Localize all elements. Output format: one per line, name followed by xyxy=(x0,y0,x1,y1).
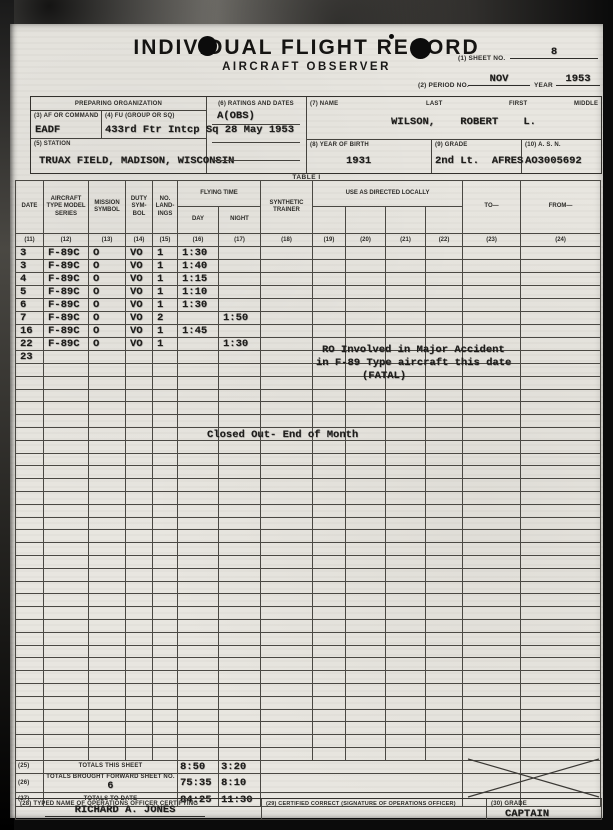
cell-u19 xyxy=(313,581,346,594)
cell-night xyxy=(219,376,261,389)
cell-aircraft: F-89C xyxy=(44,299,89,312)
cell-u21 xyxy=(386,312,426,325)
cell-u20 xyxy=(346,299,386,312)
cell-landings xyxy=(153,376,178,389)
cell-u20 xyxy=(346,722,386,735)
cell-duty xyxy=(126,709,153,722)
cell-u20 xyxy=(346,683,386,696)
cell-mission xyxy=(89,504,126,517)
cell-u21 xyxy=(386,517,426,530)
cell-u20 xyxy=(346,568,386,581)
cell-u19 xyxy=(313,619,346,632)
cell-u21 xyxy=(386,286,426,299)
cell-day xyxy=(178,568,219,581)
cell-synthetic xyxy=(261,312,313,325)
cell-u20 xyxy=(346,696,386,709)
cell-aircraft xyxy=(44,427,89,440)
cell-u21 xyxy=(386,299,426,312)
cell-synthetic xyxy=(261,364,313,377)
cell-mission: O xyxy=(89,260,126,273)
period-label: (2) PERIOD NO. xyxy=(418,82,469,89)
cell-day xyxy=(178,594,219,607)
cell-landings xyxy=(153,530,178,543)
ratings-value: A(OBS) xyxy=(217,110,255,122)
cell-u19 xyxy=(313,402,346,415)
cell-landings xyxy=(153,709,178,722)
cell-u21 xyxy=(386,568,426,581)
table-row xyxy=(16,364,601,377)
cell-synthetic xyxy=(261,376,313,389)
cell-to xyxy=(463,581,521,594)
cell-u19 xyxy=(313,260,346,273)
cell-duty: VO xyxy=(126,299,153,312)
cell-u20 xyxy=(346,504,386,517)
cell-duty xyxy=(126,581,153,594)
table-row xyxy=(16,389,601,402)
cell-u20 xyxy=(346,709,386,722)
cell-u22 xyxy=(426,581,463,594)
cell-mission xyxy=(89,645,126,658)
cell-landings: 1 xyxy=(153,325,178,338)
cell-day xyxy=(178,389,219,402)
cell-u22 xyxy=(426,607,463,620)
cell-night xyxy=(219,683,261,696)
cell-duty: VO xyxy=(126,247,153,260)
cell-night xyxy=(219,568,261,581)
cell-landings xyxy=(153,389,178,402)
cell-u22 xyxy=(426,619,463,632)
cell-from xyxy=(521,389,601,402)
column-number: (22) xyxy=(426,234,463,247)
cell-day xyxy=(178,581,219,594)
table-row xyxy=(16,491,601,504)
cell-u20 xyxy=(346,260,386,273)
cell-aircraft xyxy=(44,466,89,479)
cell-u19 xyxy=(313,247,346,260)
cell-u22 xyxy=(426,427,463,440)
cell-mission xyxy=(89,389,126,402)
cell-from xyxy=(521,632,601,645)
table-row xyxy=(16,402,601,415)
cell-synthetic xyxy=(261,607,313,620)
cell-duty xyxy=(126,568,153,581)
cell-u20 xyxy=(346,491,386,504)
col-header-use-local: USE AS DIRECTED LOCALLY xyxy=(313,181,463,207)
cell-u22 xyxy=(426,594,463,607)
cell-synthetic xyxy=(261,504,313,517)
cell-from xyxy=(521,722,601,735)
cell-u21 xyxy=(386,325,426,338)
cell-landings xyxy=(153,645,178,658)
year-value: 1953 xyxy=(556,73,600,86)
birth-value: 1931 xyxy=(346,155,371,167)
cell-from xyxy=(521,299,601,312)
cell-u19 xyxy=(313,568,346,581)
cell-u20 xyxy=(346,415,386,428)
cell-u20 xyxy=(346,312,386,325)
cell-u22 xyxy=(426,312,463,325)
cell-mission xyxy=(89,402,126,415)
cell-mission xyxy=(89,415,126,428)
cell-u22 xyxy=(426,722,463,735)
cell-synthetic xyxy=(261,440,313,453)
cell-mission xyxy=(89,683,126,696)
cell-synthetic xyxy=(261,299,313,312)
cell-u21 xyxy=(386,530,426,543)
cell-to xyxy=(463,709,521,722)
cell-day xyxy=(178,555,219,568)
cell-synthetic xyxy=(261,735,313,748)
cell-aircraft xyxy=(44,402,89,415)
cell-day xyxy=(178,376,219,389)
cell-u22 xyxy=(426,504,463,517)
cell-duty xyxy=(126,735,153,748)
cell-u21 xyxy=(386,696,426,709)
cell-date xyxy=(16,696,44,709)
column-number: (12) xyxy=(44,234,89,247)
table-row xyxy=(16,466,601,479)
cell-landings: 1 xyxy=(153,260,178,273)
cell-u20 xyxy=(346,619,386,632)
cell-date xyxy=(16,530,44,543)
accident-note-line2: in F-89 Type aircraft this date xyxy=(316,357,511,370)
cell-aircraft xyxy=(44,747,89,760)
cell-from xyxy=(521,683,601,696)
cell-night xyxy=(219,273,261,286)
cell-u20 xyxy=(346,530,386,543)
cell-landings xyxy=(153,427,178,440)
cell-synthetic xyxy=(261,696,313,709)
cell-synthetic xyxy=(261,453,313,466)
cell-date xyxy=(16,504,44,517)
cell-duty xyxy=(126,658,153,671)
cell-date xyxy=(16,594,44,607)
cell-to xyxy=(463,504,521,517)
col-header-mission: MISSION SYMBOL xyxy=(89,181,126,234)
cert-label: (29) CERTIFIED CORRECT (SIGNATURE OF OPE… xyxy=(266,801,456,807)
cell-day: 1:45 xyxy=(178,325,219,338)
cell-u20 xyxy=(346,671,386,684)
cell-from xyxy=(521,581,601,594)
cell-u19 xyxy=(313,453,346,466)
name-label: (7) NAME xyxy=(310,101,338,108)
cell-u19 xyxy=(313,555,346,568)
cell-duty xyxy=(126,722,153,735)
cell-aircraft xyxy=(44,619,89,632)
cell-date xyxy=(16,543,44,556)
cell-night xyxy=(219,671,261,684)
table-row: 22F-89COVO11:30 xyxy=(16,338,601,351)
cert-signature-cell: (29) CERTIFIED CORRECT (SIGNATURE OF OPE… xyxy=(261,799,487,819)
cell-to xyxy=(463,440,521,453)
cell-mission: O xyxy=(89,273,126,286)
cell-u19 xyxy=(313,466,346,479)
cell-landings xyxy=(153,491,178,504)
cell-day xyxy=(178,645,219,658)
cell-u19 xyxy=(313,658,346,671)
cell-u22 xyxy=(426,466,463,479)
cell-u21 xyxy=(386,247,426,260)
cell-night xyxy=(219,402,261,415)
cell-night xyxy=(219,351,261,364)
cell-landings xyxy=(153,504,178,517)
cell-date xyxy=(16,453,44,466)
table-row xyxy=(16,415,601,428)
cell-duty xyxy=(126,440,153,453)
cell-u19 xyxy=(313,376,346,389)
sheet-no-label: (1) SHEET NO. xyxy=(458,55,505,62)
group-value: 433rd Ftr Intcp Sq 28 May 1953 xyxy=(105,124,294,136)
cell-night xyxy=(219,581,261,594)
cell-day xyxy=(178,530,219,543)
cell-aircraft xyxy=(44,581,89,594)
cell-landings: 1 xyxy=(153,247,178,260)
cell-aircraft xyxy=(44,568,89,581)
cell-night xyxy=(219,453,261,466)
cell-date: 3 xyxy=(16,260,44,273)
cell-u21 xyxy=(386,260,426,273)
cell-date xyxy=(16,722,44,735)
cell-to xyxy=(463,286,521,299)
cell-date: 23 xyxy=(16,351,44,364)
cell-night xyxy=(219,364,261,377)
cell-synthetic xyxy=(261,389,313,402)
table-row xyxy=(16,568,601,581)
cell-day xyxy=(178,517,219,530)
cell-u21 xyxy=(386,632,426,645)
cell-night xyxy=(219,325,261,338)
cell-mission xyxy=(89,517,126,530)
cell-date: 22 xyxy=(16,338,44,351)
cell-u22 xyxy=(426,402,463,415)
cell-mission xyxy=(89,709,126,722)
cell-u20 xyxy=(346,632,386,645)
cell-landings xyxy=(153,632,178,645)
cell-u20 xyxy=(346,747,386,760)
cell-duty: VO xyxy=(126,325,153,338)
cell-date: 16 xyxy=(16,325,44,338)
col-header-to: TO— xyxy=(463,181,521,234)
table-row xyxy=(16,581,601,594)
cell-u21 xyxy=(386,415,426,428)
cell-aircraft xyxy=(44,671,89,684)
cell-u21 xyxy=(386,645,426,658)
x-strike-mark xyxy=(467,758,600,798)
cell-landings: 1 xyxy=(153,338,178,351)
table-row xyxy=(16,376,601,389)
cell-u19 xyxy=(313,440,346,453)
table-row: 6F-89COVO11:30 xyxy=(16,299,601,312)
cell-u20 xyxy=(346,389,386,402)
cell-to xyxy=(463,325,521,338)
cell-u22 xyxy=(426,555,463,568)
cell-mission xyxy=(89,607,126,620)
cell-from xyxy=(521,286,601,299)
cell-date: 4 xyxy=(16,273,44,286)
cell-u22 xyxy=(426,747,463,760)
cell-date xyxy=(16,632,44,645)
cell-aircraft xyxy=(44,415,89,428)
table-row xyxy=(16,709,601,722)
cell-from xyxy=(521,517,601,530)
cell-u21 xyxy=(386,709,426,722)
cell-day xyxy=(178,479,219,492)
cell-aircraft: F-89C xyxy=(44,260,89,273)
cell-mission xyxy=(89,671,126,684)
cell-mission: O xyxy=(89,325,126,338)
column-number: (17) xyxy=(219,234,261,247)
cell-u21 xyxy=(386,491,426,504)
cell-u22 xyxy=(426,376,463,389)
cell-day xyxy=(178,543,219,556)
cell-synthetic xyxy=(261,683,313,696)
cell-night xyxy=(219,389,261,402)
name-value: WILSON, ROBERT L. xyxy=(391,116,536,128)
cell-from xyxy=(521,312,601,325)
accident-note-line1: RO Involved in Major Accident xyxy=(322,344,505,357)
cell-mission xyxy=(89,632,126,645)
cell-u22 xyxy=(426,671,463,684)
cell-u21 xyxy=(386,607,426,620)
cell-mission: O xyxy=(89,312,126,325)
cell-from xyxy=(521,735,601,748)
cell-to xyxy=(463,671,521,684)
cell-u20 xyxy=(346,581,386,594)
cell-aircraft: F-89C xyxy=(44,286,89,299)
cell-night xyxy=(219,247,261,260)
cell-from xyxy=(521,338,601,351)
col-header-local-3 xyxy=(386,207,426,234)
cell-u19 xyxy=(313,312,346,325)
column-numbers-row: (11)(12)(13)(14)(15)(16)(17)(18)(19)(20)… xyxy=(16,234,601,247)
cell-synthetic xyxy=(261,415,313,428)
accident-note-line3: (FATAL) xyxy=(362,370,406,383)
cell-u21 xyxy=(386,581,426,594)
cell-night: 1:30 xyxy=(219,338,261,351)
cell-from xyxy=(521,466,601,479)
cell-u21 xyxy=(386,427,426,440)
cell-date xyxy=(16,517,44,530)
cell-duty xyxy=(126,530,153,543)
cell-duty xyxy=(126,747,153,760)
cell-u21 xyxy=(386,504,426,517)
cell-duty xyxy=(126,364,153,377)
cell-to xyxy=(463,453,521,466)
cell-to xyxy=(463,619,521,632)
cell-date xyxy=(16,645,44,658)
cell-day xyxy=(178,747,219,760)
cell-u21 xyxy=(386,389,426,402)
cell-from xyxy=(521,402,601,415)
table-row xyxy=(16,517,601,530)
cell-day xyxy=(178,632,219,645)
cell-synthetic xyxy=(261,260,313,273)
cell-u20 xyxy=(346,517,386,530)
cell-synthetic xyxy=(261,555,313,568)
cell-u22 xyxy=(426,415,463,428)
cell-aircraft: F-89C xyxy=(44,247,89,260)
cell-duty xyxy=(126,415,153,428)
cell-from xyxy=(521,504,601,517)
cell-u20 xyxy=(346,273,386,286)
cell-aircraft xyxy=(44,364,89,377)
cell-aircraft xyxy=(44,440,89,453)
cell-duty: VO xyxy=(126,260,153,273)
cell-day xyxy=(178,658,219,671)
cell-to xyxy=(463,632,521,645)
cell-night xyxy=(219,747,261,760)
page-subtitle: AIRCRAFT OBSERVER xyxy=(10,61,603,73)
cell-to xyxy=(463,479,521,492)
col-header-duty: DUTY SYM­BOL xyxy=(126,181,153,234)
table-row xyxy=(16,683,601,696)
cell-u22 xyxy=(426,453,463,466)
cell-u20 xyxy=(346,735,386,748)
table-row xyxy=(16,722,601,735)
cell-to xyxy=(463,466,521,479)
cell-mission xyxy=(89,466,126,479)
table-row xyxy=(16,645,601,658)
cell-date xyxy=(16,376,44,389)
cell-landings: 2 xyxy=(153,312,178,325)
cell-from xyxy=(521,260,601,273)
cell-synthetic xyxy=(261,351,313,364)
table-row xyxy=(16,671,601,684)
table-row xyxy=(16,658,601,671)
preparing-org-label: PREPARING ORGANIZATION xyxy=(31,101,206,108)
cell-day xyxy=(178,402,219,415)
cell-duty xyxy=(126,619,153,632)
cell-to xyxy=(463,312,521,325)
cell-synthetic xyxy=(261,671,313,684)
cell-landings xyxy=(153,415,178,428)
totals-blank-cell xyxy=(261,774,463,793)
station-label: (5) STATION xyxy=(34,141,71,148)
cell-u21 xyxy=(386,453,426,466)
cell-mission xyxy=(89,581,126,594)
year-label: YEAR xyxy=(534,82,553,89)
cell-u22 xyxy=(426,709,463,722)
cell-aircraft xyxy=(44,555,89,568)
cell-aircraft xyxy=(44,683,89,696)
cell-u22 xyxy=(426,658,463,671)
cell-u22 xyxy=(426,543,463,556)
col-header-aircraft: AIRCRAFT TYPE MODEL SERIES xyxy=(44,181,89,234)
totals-row-number: (25) xyxy=(16,760,44,773)
cell-mission xyxy=(89,364,126,377)
table-row xyxy=(16,530,601,543)
ink-speck xyxy=(389,34,394,39)
cell-u19 xyxy=(313,671,346,684)
totals-row-number: (26) xyxy=(16,774,44,793)
table-row xyxy=(16,479,601,492)
cell-u21 xyxy=(386,658,426,671)
grade-box-label: (30) GRADE xyxy=(491,801,527,808)
cell-to xyxy=(463,543,521,556)
cell-u21 xyxy=(386,594,426,607)
totals-this-sheet-label: TOTALS THIS SHEET xyxy=(44,760,178,773)
cell-synthetic xyxy=(261,273,313,286)
cell-date xyxy=(16,568,44,581)
cell-from xyxy=(521,427,601,440)
table-row: 5F-89COVO11:10 xyxy=(16,286,601,299)
cell-u19 xyxy=(313,299,346,312)
cell-to xyxy=(463,402,521,415)
cell-duty xyxy=(126,594,153,607)
column-number: (15) xyxy=(153,234,178,247)
column-number: (23) xyxy=(463,234,521,247)
cell-night xyxy=(219,658,261,671)
